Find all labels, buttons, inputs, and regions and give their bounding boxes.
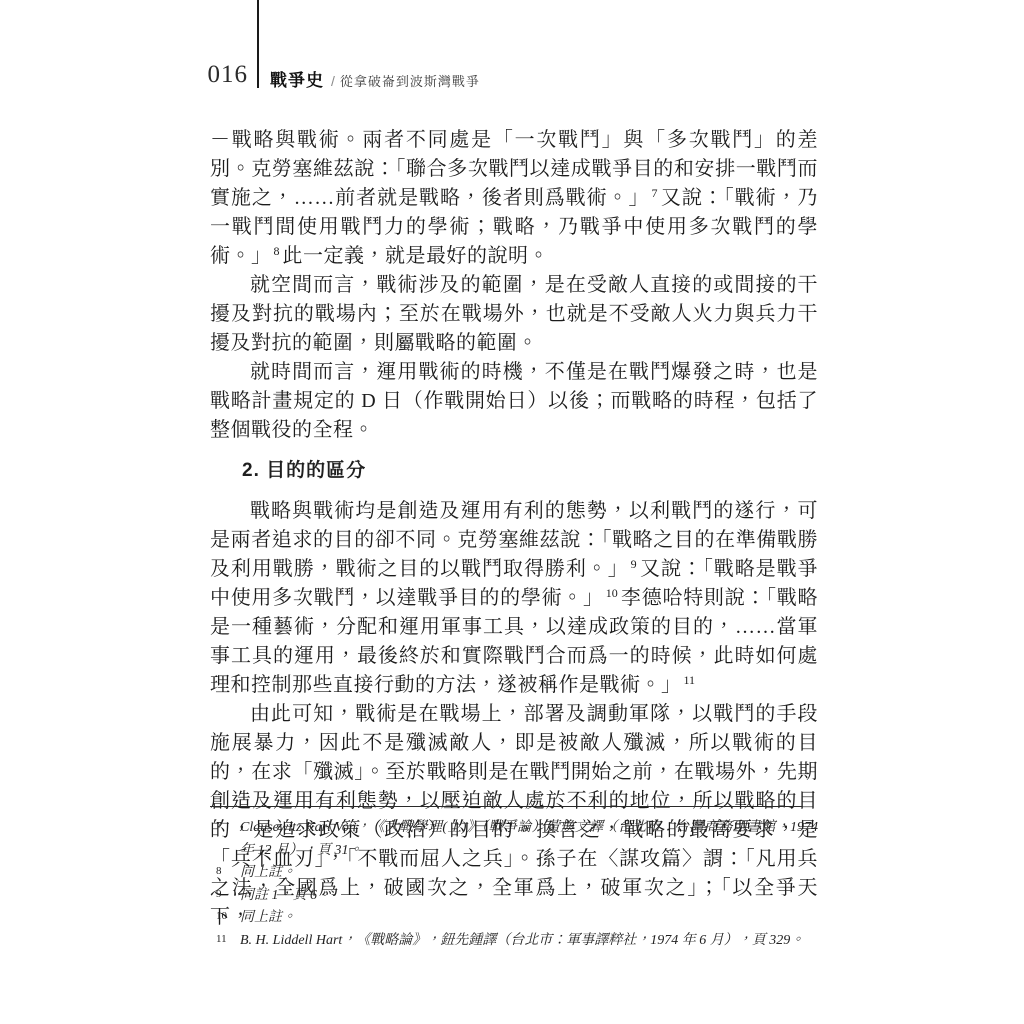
header-divider-line <box>257 0 259 88</box>
book-subtitle: 從拿破崙到波斯灣戰爭 <box>340 74 480 89</box>
footnote-7: 7 Clausewitz Karl Von，《大戰學理(上)》（戰爭論）黃煥文譯… <box>210 817 818 862</box>
paragraph-2: 就空間而言，戰術涉及的範圍，是在受敵人直接的或間接的干擾及對抗的戰場內；至於在戰… <box>210 271 818 358</box>
footnote-text: 同上註。 <box>240 865 296 880</box>
footnote-number: 9 <box>216 883 222 906</box>
paragraph-1-text: 此一定義，就是最好的說明。 <box>283 245 550 267</box>
page-number: 016 <box>186 61 248 89</box>
footnote-number: 10 <box>216 905 227 928</box>
footnote-number: 7 <box>216 815 222 838</box>
paragraph-4: 戰略與戰術均是創造及運用有利的態勢，以利戰鬥的遂行，可是兩者追求的目的卻不同。克… <box>210 497 818 700</box>
paragraph-3: 就時間而言，運用戰術的時機，不僅是在戰鬥爆發之時，也是戰略計畫規定的 D 日（作… <box>210 358 818 445</box>
footnote-ref-10: 10 <box>606 586 618 600</box>
footnote-11: 11 B. H. Liddell Hart，《戰略論》，鈕先鍾譯（台北市：軍事譯… <box>210 930 818 953</box>
paragraph-1: －戰略與戰術。兩者不同處是「一次戰鬥」與「多次戰鬥」的差別。克勞塞維茲說：「聯合… <box>210 126 818 271</box>
book-title: 戰爭史 <box>270 71 324 90</box>
footnote-text: B. H. Liddell Hart，《戰略論》，鈕先鍾譯（台北市：軍事譯粹社，… <box>240 933 804 948</box>
footnote-number: 11 <box>216 928 227 951</box>
footnote-text: 同上註。 <box>240 910 296 925</box>
footnote-8: 8 同上註。 <box>210 862 818 885</box>
footnote-ref-9: 9 <box>631 557 637 571</box>
footnote-separator-line <box>210 806 802 807</box>
footnote-text: Clausewitz Karl Von，《大戰學理(上)》（戰爭論）黃煥文譯（台… <box>240 820 818 858</box>
title-separator-slash: / <box>331 73 335 89</box>
book-page: 016 戰爭史/從拿破崙到波斯灣戰爭 －戰略與戰術。兩者不同處是「一次戰鬥」與「… <box>0 0 1024 1024</box>
footnote-ref-11: 11 <box>684 673 696 687</box>
footnote-number: 8 <box>216 860 222 883</box>
footnote-ref-7: 7 <box>651 186 657 200</box>
running-header: 戰爭史/從拿破崙到波斯灣戰爭 <box>270 66 480 91</box>
footnote-text: 同註 1，頁 6。 <box>240 888 331 903</box>
section-heading: 2. 目的的區分 <box>242 458 818 484</box>
footnote-10: 10 同上註。 <box>210 907 818 930</box>
footnote-ref-8: 8 <box>274 244 280 258</box>
footnote-9: 9 同註 1，頁 6。 <box>210 885 818 908</box>
footnotes-section: 7 Clausewitz Karl Von，《大戰學理(上)》（戰爭論）黃煥文譯… <box>210 806 818 952</box>
